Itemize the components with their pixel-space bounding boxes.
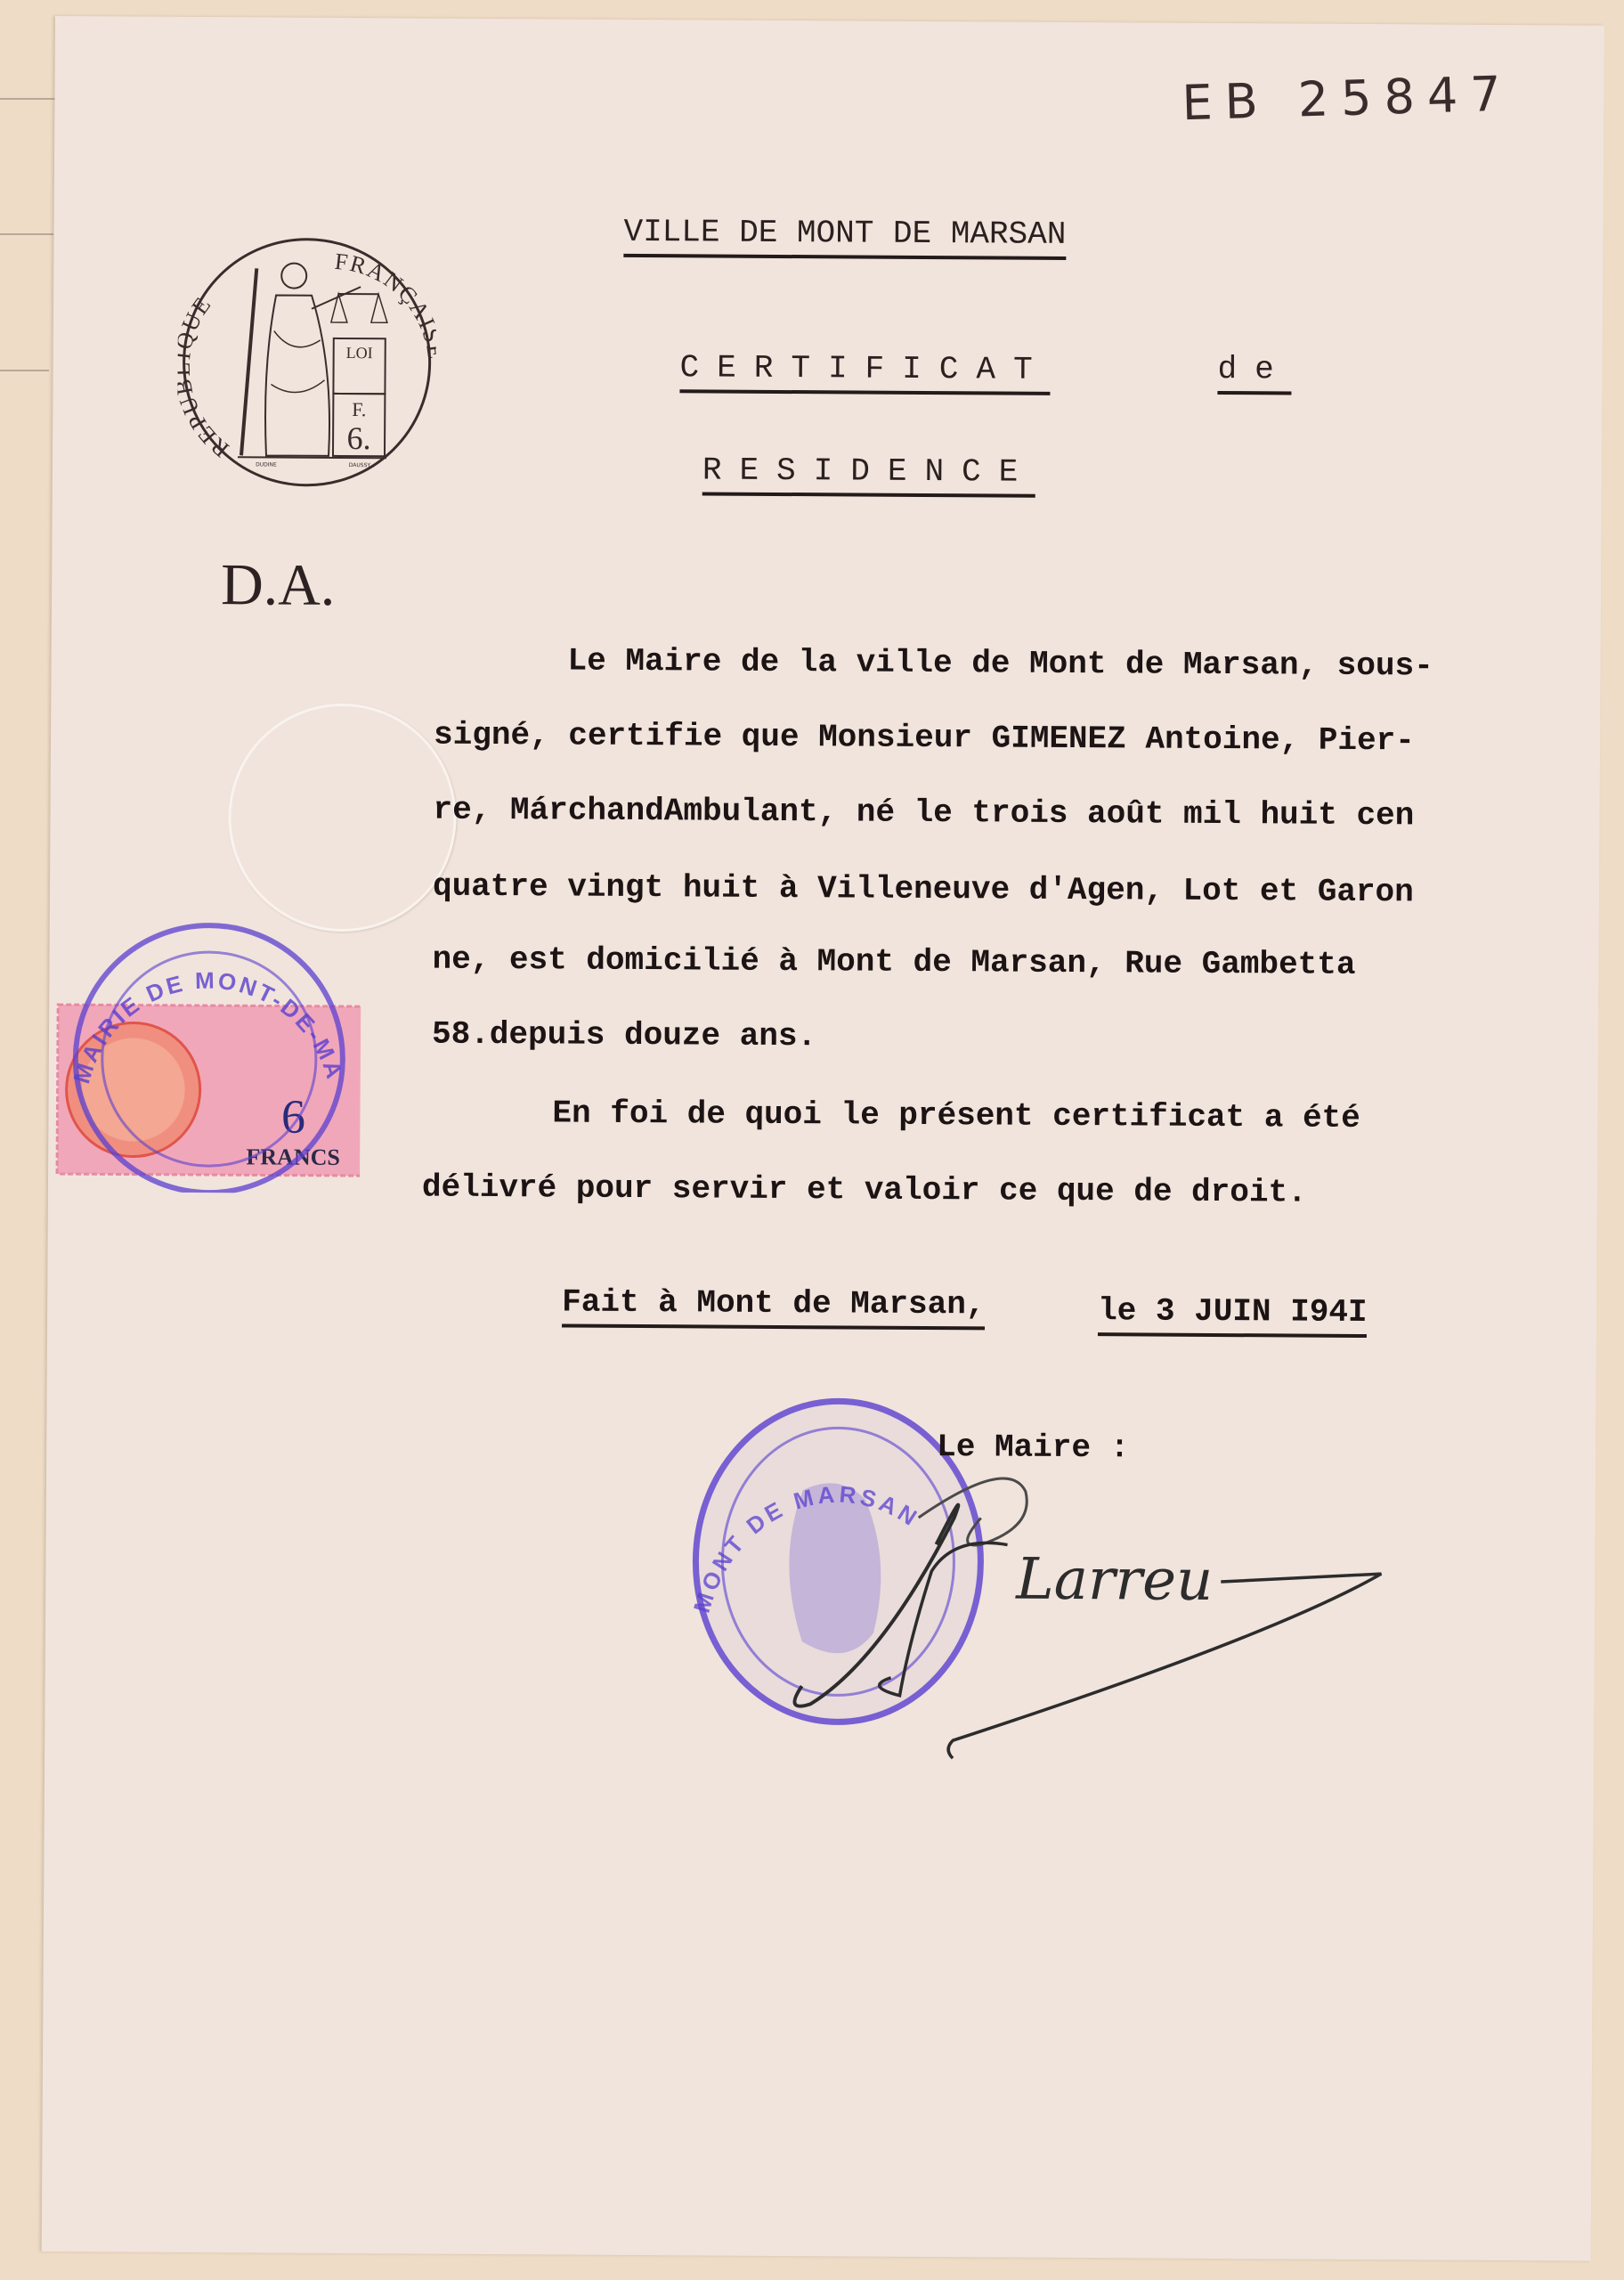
da-mark: D.A.	[221, 551, 336, 620]
seal-value-letter: F.	[352, 398, 366, 420]
signatory-label: Le Maire :	[937, 1429, 1129, 1466]
body-line: signé, certifie que Monsieur GIMENEZ Ant…	[434, 717, 1415, 760]
body-line: re, MárchandAmbulant, né le trois août m…	[433, 792, 1414, 835]
signature-text: Larreu	[1015, 1547, 1213, 1614]
title-residence: RESIDENCE	[702, 452, 1036, 497]
serial-number: EB 25847	[1181, 66, 1514, 132]
underlying-rule	[0, 233, 53, 235]
fiscal-seal: REPUBLIQUE FRANÇAISE LOI F. 6. DUDINE DA…	[177, 232, 437, 493]
seal-value-number: 6.	[346, 420, 370, 456]
title-certificat: CERTIFICAT	[679, 349, 1050, 395]
underlying-rule	[0, 370, 49, 371]
seal-engraver-left: DUDINE	[256, 461, 277, 468]
closing-line: délivré pour servir et valoir ce que de …	[422, 1169, 1307, 1211]
embossed-seal	[228, 703, 458, 932]
seal-tablet-text: LOI	[346, 344, 373, 362]
mayor-signature: Larreu	[775, 1463, 1400, 1770]
municipality-header: VILLE DE MONT DE MARSAN	[623, 214, 1066, 260]
tax-stamp: 6 FRANCS MAIRIE DE MONT-DE-MARSAN	[39, 907, 361, 1193]
handwritten-signature-icon: Larreu	[775, 1463, 1400, 1770]
republique-francaise-seal-icon: REPUBLIQUE FRANÇAISE LOI F. 6. DUDINE DA…	[177, 232, 437, 493]
body-line: 58.depuis douze ans.	[432, 1016, 816, 1055]
seal-engraver-right: DAUSSY	[349, 462, 371, 468]
body-line: Le Maire de la ville de Mont de Marsan, …	[567, 643, 1433, 685]
body-line: ne, est domicilié à Mont de Marsan, Rue …	[432, 941, 1355, 983]
title-de: de	[1217, 351, 1292, 395]
fiscal-tax-stamp-icon: 6 FRANCS MAIRIE DE MONT-DE-MARSAN	[39, 907, 361, 1193]
closing-line: En foi de quoi le présent certificat a é…	[552, 1095, 1360, 1136]
body-line: quatre vingt huit à Villeneuve d'Agen, L…	[433, 868, 1414, 911]
certificate-sheet: EB 25847 REPUBLIQUE FRANÇAISE LOI	[42, 16, 1604, 2261]
place-line: Fait à Mont de Marsan,	[562, 1284, 986, 1331]
date-line: le 3 JUIN I94I	[1098, 1292, 1368, 1338]
underlying-rule	[0, 98, 62, 100]
